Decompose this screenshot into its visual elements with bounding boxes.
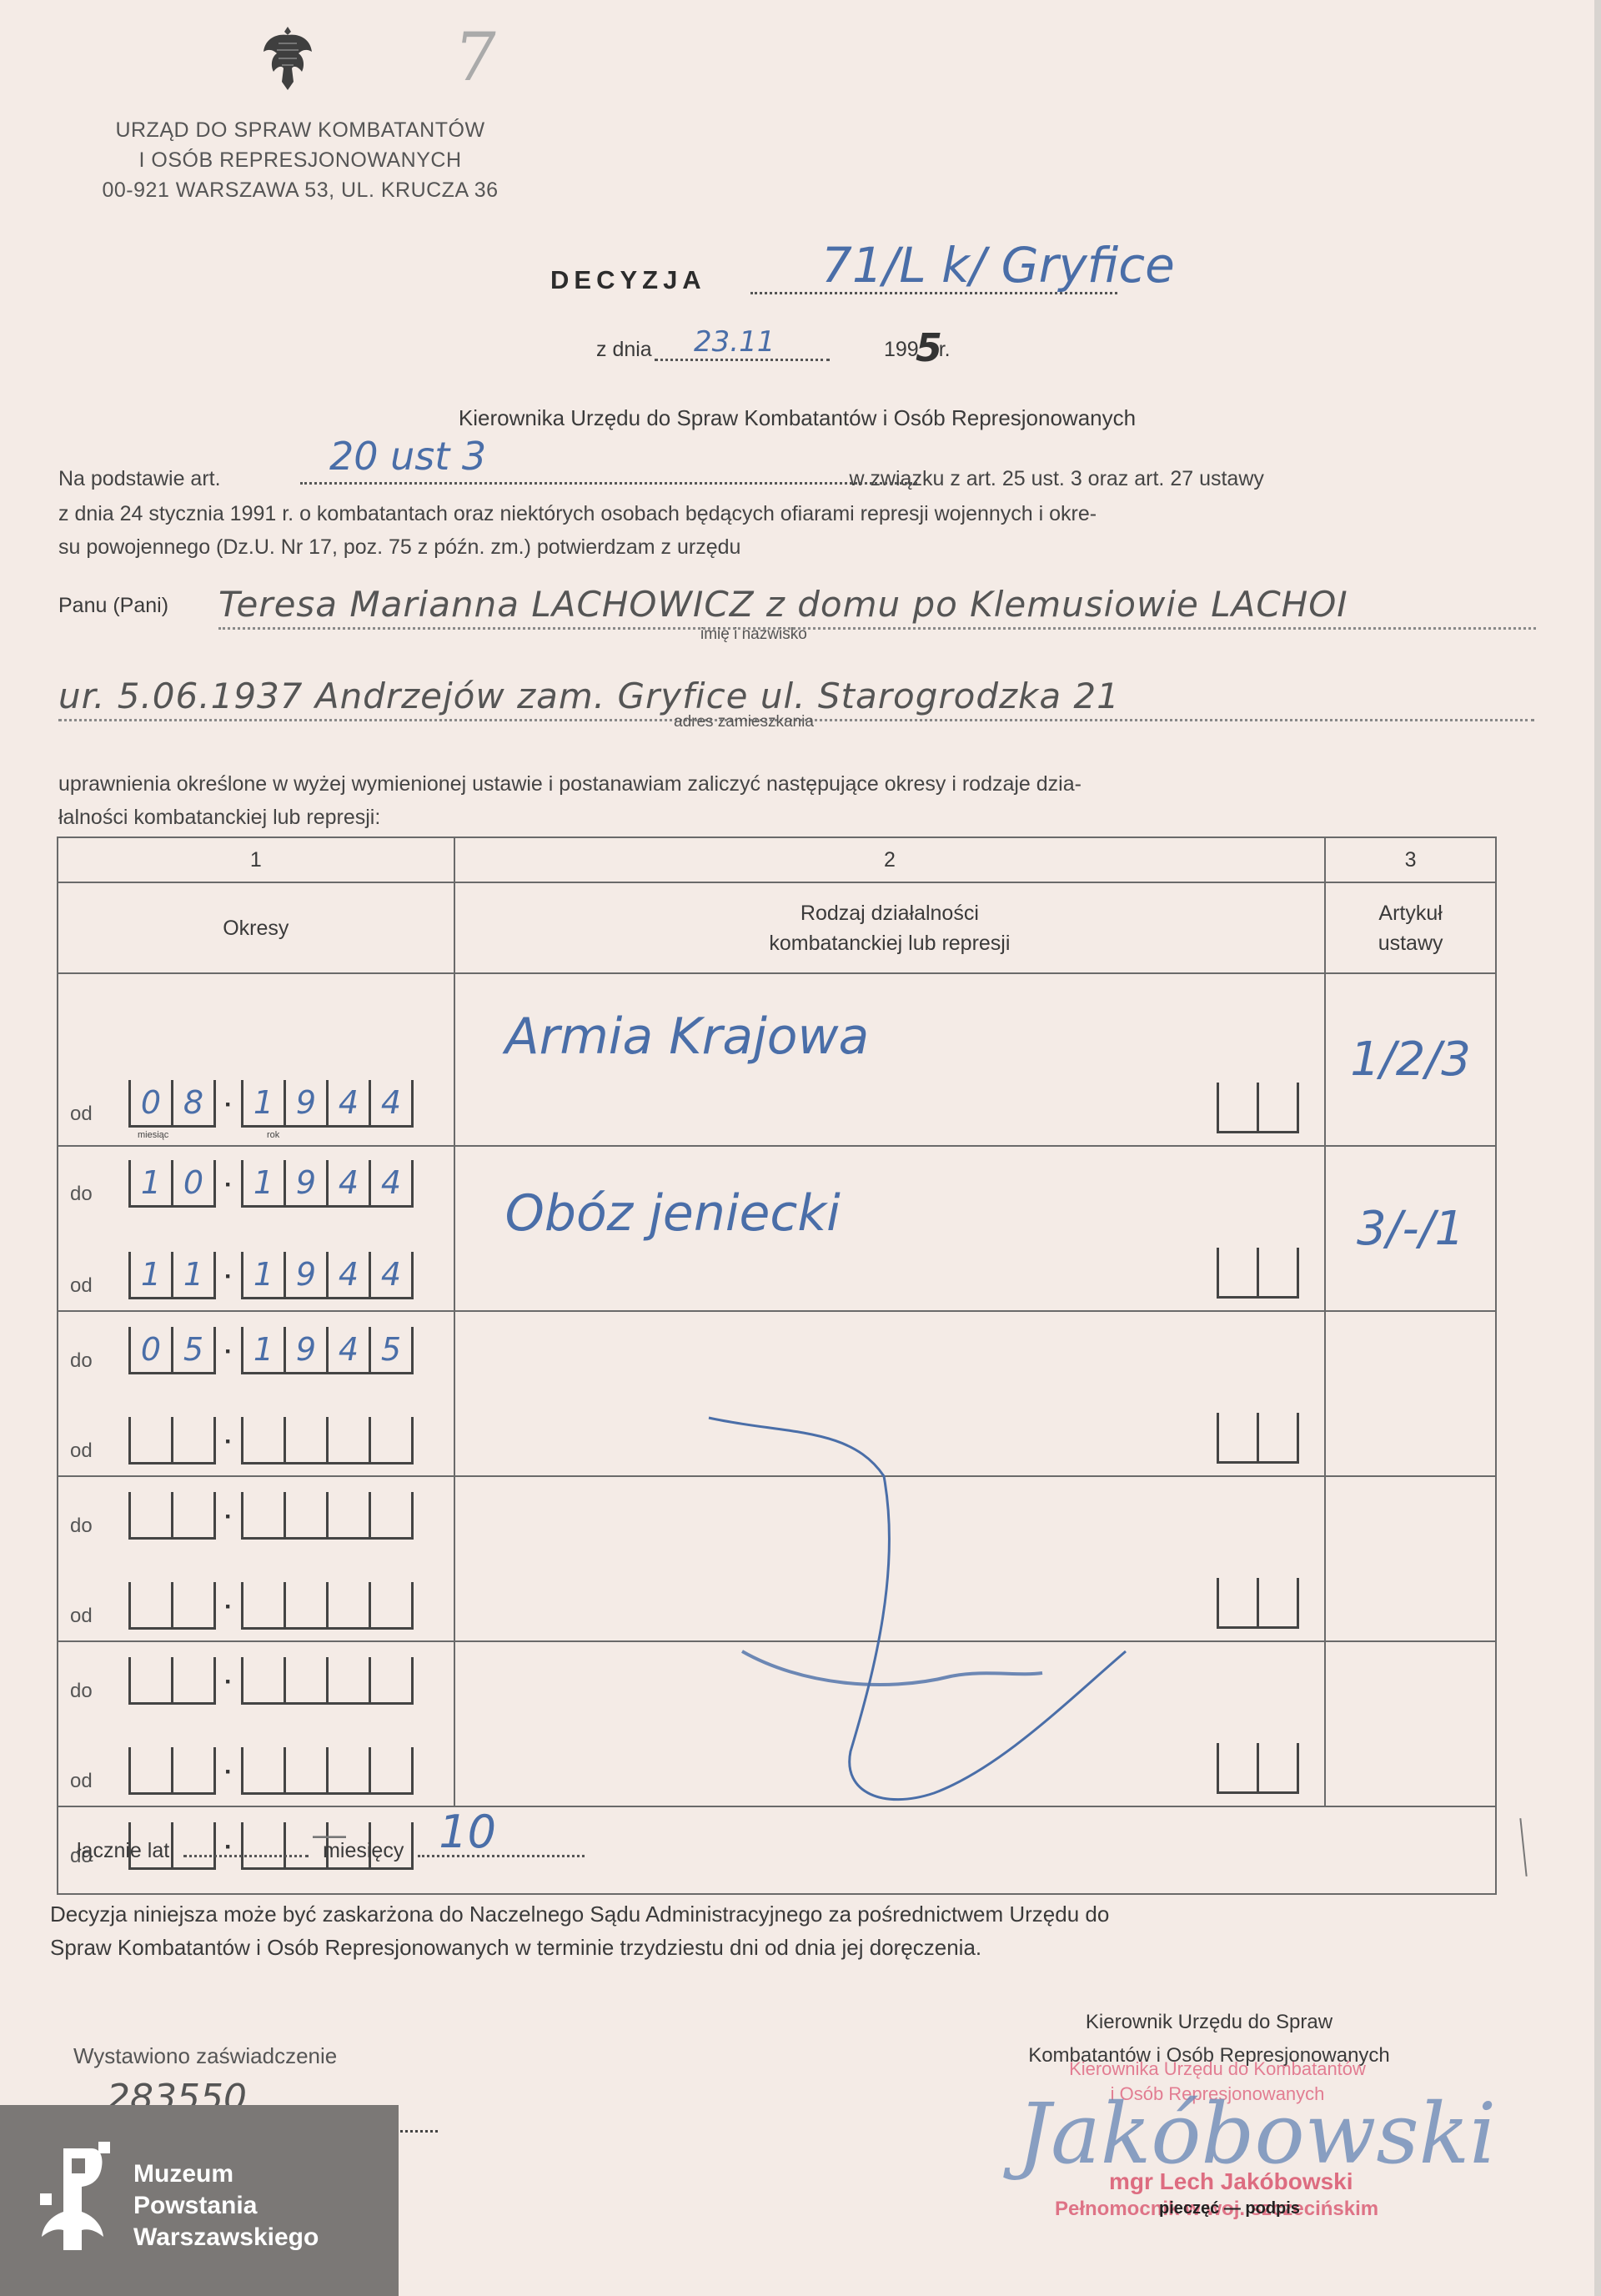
to-month-boxes[interactable]: 10 (128, 1160, 216, 1208)
from-month-boxes[interactable]: 08 (128, 1080, 216, 1128)
digit: 5 (371, 1327, 414, 1372)
separator-dot: · (216, 1750, 241, 1795)
digit: 4 (329, 1327, 371, 1372)
digit: 9 (286, 1080, 329, 1125)
person-name-handwritten: Teresa Marianna LACHOWICZ z domu po Klem… (218, 584, 1348, 625)
digit: 4 (329, 1252, 371, 1297)
col-header-article-text: Artykuł ustawy (1373, 898, 1448, 958)
activity-handwritten: Armia Krajowa (505, 1007, 870, 1066)
separator-dot: · (216, 1163, 241, 1208)
total-years-label: łącznie lat (77, 1839, 169, 1862)
from-year-boxes[interactable] (241, 1747, 414, 1795)
digit: 4 (371, 1160, 414, 1205)
from-month-boxes[interactable] (128, 1582, 216, 1630)
from-label: od (70, 1605, 128, 1630)
code-boxes[interactable] (1217, 1083, 1299, 1133)
to-label: do (70, 1349, 128, 1374)
article-cell (1325, 1476, 1496, 1641)
legal-basis-line2: z dnia 24 stycznia 1991 r. o kombatantac… (58, 498, 1509, 530)
person-label: Panu (Pani) (58, 594, 168, 618)
digit: 5 (173, 1327, 216, 1372)
separator-dot: · (216, 1660, 241, 1705)
period-from: od 08 · 1944 (70, 1080, 414, 1128)
column-header-row: Okresy Rodzaj działalności kombatanckiej… (58, 882, 1496, 973)
entitlement-line2: łalności kombatanckiej lub represji: (58, 801, 1509, 834)
museum-name: Muzeum Powstania Warszawskiego (133, 2158, 319, 2253)
separator-dot: · (216, 1254, 241, 1299)
code-boxes[interactable] (1217, 1743, 1299, 1794)
name-field (218, 627, 1536, 630)
issuing-office: URZĄD DO SPRAW KOMBATANTÓW I OSÓB REPRES… (33, 115, 567, 205)
issuing-authority: Kierownika Urzędu do Spraw Kombatantów i… (0, 405, 1594, 431)
article-handwritten: 1/2/3 (1350, 1032, 1471, 1087)
signatory-title-line1: Kierownik Urzędu do Spraw (959, 2006, 1459, 2039)
org-name-line1: URZĄD DO SPRAW KOMBATANTÓW (33, 115, 567, 145)
to-year-boxes[interactable]: 1945 (241, 1327, 414, 1374)
digit: 4 (329, 1080, 371, 1125)
polish-eagle-emblem-icon (260, 23, 315, 93)
separator-dot: · (216, 1495, 241, 1540)
cancellation-stroke-icon (684, 1401, 1184, 1818)
separator-dot: · (216, 1585, 241, 1630)
period-to: do 10 · 1944 (70, 1160, 414, 1208)
total-months-field: 10 (418, 1855, 585, 1857)
from-label: od (70, 1439, 128, 1465)
col-header-article: Artykuł ustawy (1325, 882, 1496, 973)
legal-basis-line1: Na podstawie art. w związku z art. 25 us… (58, 463, 1509, 495)
from-year-boxes[interactable]: 1944 (241, 1080, 414, 1128)
digit: 9 (286, 1160, 329, 1205)
legal-basis-line3: su powojennego (Dz.U. Nr 17, poz. 75 z p… (58, 531, 1509, 563)
museum-name-line1: Muzeum (133, 2158, 319, 2190)
from-month-boxes[interactable] (128, 1417, 216, 1465)
issued-certificate-label: Wystawiono zaświadczenie (73, 2043, 337, 2069)
col-header-periods: Okresy (58, 882, 454, 973)
from-month-boxes[interactable]: 11 (128, 1252, 216, 1299)
activity-cell: Obóz jeniecki (454, 1146, 1326, 1311)
activity-cell: Armia Krajowa (454, 973, 1326, 1146)
legal-basis-text: w związku z art. 25 ust. 3 oraz art. 27 … (849, 467, 1263, 490)
from-year-boxes[interactable]: 1944 (241, 1252, 414, 1299)
totals-line: łącznie lat miesięcy 10 (77, 1839, 585, 1863)
digit: 4 (371, 1252, 414, 1297)
separator-dot: · (216, 1329, 241, 1374)
to-label: do (70, 1680, 128, 1705)
period-from: od 11 · 1944 (70, 1252, 414, 1299)
digit: 1 (173, 1252, 216, 1297)
total-years-field (183, 1855, 309, 1857)
year-caption: rok (267, 1130, 279, 1140)
stamp-line1: Kierownika Urzędu do Kombatantów (1034, 2057, 1401, 2082)
year-prefix: 199 (884, 338, 919, 361)
code-boxes[interactable] (1217, 1578, 1299, 1629)
activity-handwritten: Obóz jeniecki (505, 1184, 841, 1243)
month-caption: miesiąc (138, 1130, 168, 1140)
org-address: 00-921 WARSZAWA 53, UL. KRUCZA 36 (33, 175, 567, 205)
decision-title: DECYZJA (550, 265, 706, 295)
digit: 1 (243, 1080, 286, 1125)
digit: 1 (243, 1327, 286, 1372)
article-cell: 3/-/1 (1325, 1146, 1496, 1311)
article-cell (1325, 1311, 1496, 1476)
digit: 0 (173, 1160, 216, 1205)
code-boxes[interactable] (1217, 1248, 1299, 1299)
col-header-activity-text: Rodzaj działalności kombatanckiej lub re… (752, 898, 1027, 958)
digit: 4 (329, 1160, 371, 1205)
digit: 9 (286, 1327, 329, 1372)
legal-basis-prefix: Na podstawie art. (58, 467, 221, 490)
digit: 8 (173, 1080, 216, 1125)
date-label: z dnia (596, 338, 652, 362)
digit: 1 (131, 1160, 173, 1205)
code-boxes[interactable] (1217, 1413, 1299, 1464)
to-label: do (70, 1515, 128, 1540)
total-months-label: miesięcy (323, 1839, 404, 1862)
from-label: od (70, 1274, 128, 1299)
article-field (300, 482, 917, 485)
period-cell: od 08 · 1944 miesiąc rok do 10 · 1944 (58, 973, 454, 1146)
article-cell: 1/2/3 (1325, 973, 1496, 1146)
from-label: od (70, 1103, 128, 1128)
person-address-handwritten: ur. 5.06.1937 Andrzejów zam. Gryfice ul.… (58, 676, 1120, 716)
to-year-boxes[interactable]: 1944 (241, 1160, 414, 1208)
article-cell (1325, 1641, 1496, 1806)
digit: 0 (131, 1080, 173, 1125)
from-year-boxes[interactable] (241, 1417, 414, 1465)
museum-name-line3: Warszawskiego (133, 2222, 319, 2253)
digit: 1 (243, 1160, 286, 1205)
digit: 1 (131, 1252, 173, 1297)
article-handwritten: 20 ust 3 (329, 434, 486, 479)
from-month-boxes[interactable] (128, 1747, 216, 1795)
entitlement-line1: uprawnienia określone w wyżej wymienione… (58, 767, 1509, 801)
total-months-handwritten: 10 (439, 1806, 496, 1858)
address-caption: adres zamieszkania (674, 713, 814, 731)
col-number-3: 3 (1325, 837, 1496, 882)
col-number-2: 2 (454, 837, 1326, 882)
org-name-line2: I OSÓB REPRESJONOWANYCH (33, 145, 567, 175)
decision-number-handwritten: 71/L k/ Gryfice (821, 237, 1175, 294)
appeal-notice-line2: Spraw Kombatantów i Osób Represjonowanyc… (50, 1931, 1518, 1964)
from-label: od (70, 1770, 128, 1795)
article-handwritten: 3/-/1 (1357, 1202, 1464, 1256)
period-to: do 05 · 1945 (70, 1327, 414, 1374)
date-field (655, 359, 830, 361)
separator-dot: · (216, 1083, 241, 1128)
appeal-notice: Decyzja niniejsza może być zaskarżona do… (50, 1897, 1518, 1964)
museum-name-line2: Powstania (133, 2190, 319, 2222)
col-number-1: 1 (58, 837, 454, 882)
seal-signature-caption: pieczęć — podpis (1159, 2199, 1300, 2218)
year-handwritten: 5 (916, 325, 942, 370)
digit: 0 (131, 1327, 173, 1372)
to-month-boxes[interactable] (128, 1492, 216, 1540)
stamp-official-name: mgr Lech Jakóbowski (1109, 2168, 1353, 2195)
column-number-row: 1 2 3 (58, 837, 1496, 882)
digit: 1 (243, 1252, 286, 1297)
separator-dot: · (216, 1419, 241, 1465)
table-row: od 08 · 1944 miesiąc rok do 10 · 1944 Ar… (58, 973, 1496, 1146)
kotwica-anchor-logo-icon (40, 2142, 117, 2258)
digit: 4 (371, 1080, 414, 1125)
entitlement-text: uprawnienia określone w wyżej wymienione… (58, 767, 1509, 834)
date-handwritten: 23.11 (694, 325, 775, 359)
to-year-boxes[interactable] (241, 1492, 414, 1540)
name-caption: imię i nazwisko (700, 625, 807, 644)
to-month-boxes[interactable]: 05 (128, 1327, 216, 1374)
from-year-boxes[interactable] (241, 1582, 414, 1630)
to-month-boxes[interactable] (128, 1657, 216, 1705)
digit: 9 (286, 1252, 329, 1297)
appeal-notice-line1: Decyzja niniejsza może być zaskarżona do… (50, 1897, 1518, 1931)
to-label: do (70, 1183, 128, 1208)
to-year-boxes[interactable] (241, 1657, 414, 1705)
col-header-activity: Rodzaj działalności kombatanckiej lub re… (454, 882, 1326, 973)
